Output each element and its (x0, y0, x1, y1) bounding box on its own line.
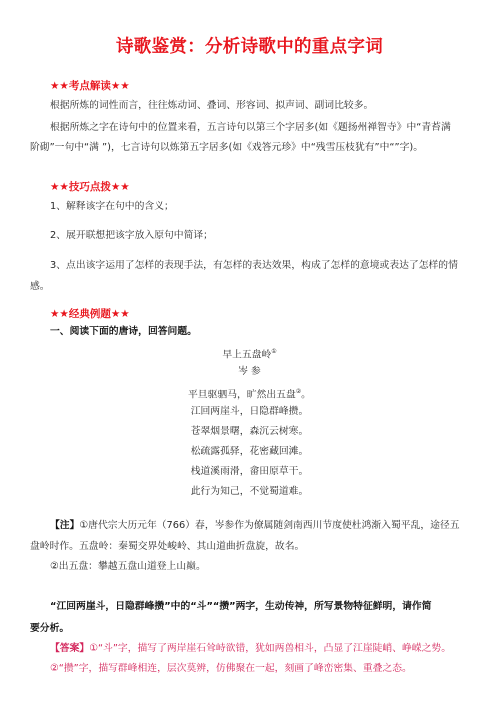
poem-line-2: 江回两崖斗，日隐群峰攒。 (0, 405, 499, 418)
kaodian-para-2-line-1: 根据所炼之字在诗句中的位置来看，五言诗句以第三个字居多(如《题扬州禅智寺》中“青… (50, 121, 451, 134)
answer-line-1-text: ①“斗”字，描写了两岸崖石耸峙欲错，犹如两兽相斗，凸显了江崖陡峭、峥嵘之势。 (89, 643, 451, 654)
answer-line-2: ②“攒”字，描写群峰相连，层次莫辨，仿佛聚在一起，刻画了峰峦密集、重叠之态。 (50, 662, 412, 675)
note-1-line-2: 盘岭时作。五盘岭：秦蜀交界处峻岭、其山道曲折盘旋，故名。 (30, 540, 304, 553)
poem-title-footnote: ① (271, 348, 276, 355)
question-line-2: 要分析。 (30, 622, 69, 635)
poem-line-1-end: 。 (301, 389, 311, 400)
poem-line-1-text: 平旦驱驷马，旷然出五盘 (188, 389, 296, 400)
section-heading-liti: ★★经典例题★★ (50, 306, 130, 321)
section-heading-jiqiao: ★★技巧点拨★★ (50, 179, 130, 194)
jiqiao-item-1: 1、解释该字在句中的含义； (50, 200, 174, 213)
note-2: ②出五盘：攀越五盘山道登上山巅。 (50, 560, 206, 573)
kaodian-para-2-line-2: 阶砌”一句中“满 ”)，七言诗句以炼第五字居多(如《戏答元珍》中“残雪压枝犹有”… (30, 141, 423, 154)
jiqiao-item-2: 2、展开联想把该字放入原句中简译； (50, 229, 213, 242)
jiqiao-item-3-line-1: 3、点出该字运用了怎样的表现手法，有怎样的表达效果，构成了怎样的意境或表达了怎样… (50, 259, 458, 272)
poem-line-1: 平旦驱驷马，旷然出五盘②。 (0, 385, 499, 401)
poem-line-3: 苍翠烟景曙，森沉云树寒。 (0, 425, 499, 438)
note-label: 【注】 (50, 520, 79, 531)
section-heading-kaodian: ★★考点解读★★ (50, 78, 130, 93)
question-intro: 一、阅读下面的唐诗，回答问题。 (50, 325, 197, 338)
poem-title: 早上五盘岭① (0, 345, 499, 361)
note-1-text: ①唐代宗大历元年（766）春，岑参作为僚属随剑南西川节度使杜鸿渐入蜀平乱，途径五 (79, 520, 459, 531)
question-line-1: “江回两崖斗，日隐群峰攒”中的“斗”“攒”两字，生动传神，所写景物特征鲜明，请作… (50, 600, 432, 613)
note-1-line-1: 【注】①唐代宗大历元年（766）春，岑参作为僚属随剑南西川节度使杜鸿渐入蜀平乱，… (50, 519, 460, 532)
answer-label: 【答案】 (50, 643, 89, 654)
poem-line-5: 栈道溪雨滑，畲田原草干。 (0, 465, 499, 478)
document-page: 诗歌鉴赏：分析诗歌中的重点字词 ★★考点解读★★ 根据所炼的词性而言，往往炼动词… (0, 0, 499, 706)
poem-line-6: 此行为知己，不觉蜀道难。 (0, 485, 499, 498)
answer-line-1: 【答案】①“斗”字，描写了两岸崖石耸峙欲错，犹如两兽相斗，凸显了江崖陡峭、峥嵘之… (50, 642, 451, 655)
kaodian-para-1: 根据所炼的词性而言，往往炼动词、叠词、形容词、拟声词、副词比较多。 (50, 99, 373, 112)
poem-line-4: 松疏露孤驿，花密藏回滩。 (0, 445, 499, 458)
page-title: 诗歌鉴赏：分析诗歌中的重点字词 (0, 33, 499, 58)
jiqiao-item-3-line-2: 感。 (30, 280, 50, 293)
poem-title-text: 早上五盘岭 (222, 349, 271, 360)
poem-author: 岑 参 (0, 365, 499, 378)
